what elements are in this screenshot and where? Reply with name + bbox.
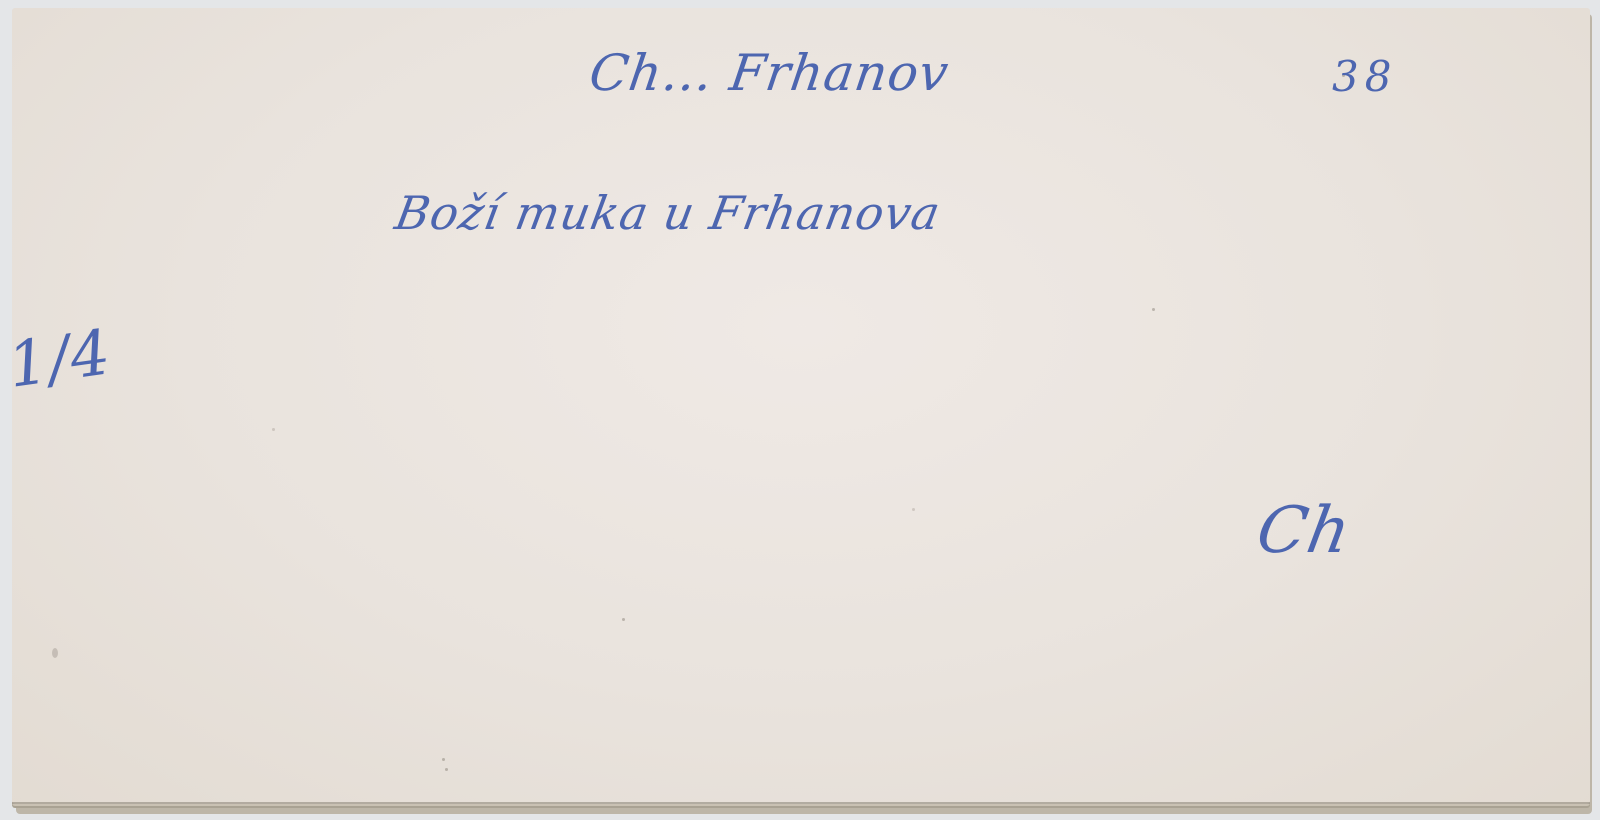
- paper-stain: [52, 648, 58, 658]
- paper-speck: [445, 768, 448, 771]
- handwritten-fraction: 1/4: [3, 315, 115, 402]
- paper-speck: [442, 758, 445, 761]
- handwritten-number: 38: [1332, 52, 1397, 101]
- paper-speck: [622, 618, 625, 621]
- handwritten-title: Ch… Frhanov: [586, 44, 953, 102]
- scan-background: Ch… Frhanov Boží muka u Frhanova 38 1/4 …: [0, 0, 1600, 820]
- handwritten-initials: Ch: [1251, 494, 1356, 568]
- photo-card-back: [12, 8, 1590, 804]
- paper-speck: [1152, 308, 1155, 311]
- handwritten-caption: Boží muka u Frhanova: [391, 186, 945, 240]
- paper-speck: [272, 428, 275, 431]
- paper-speck: [912, 508, 915, 511]
